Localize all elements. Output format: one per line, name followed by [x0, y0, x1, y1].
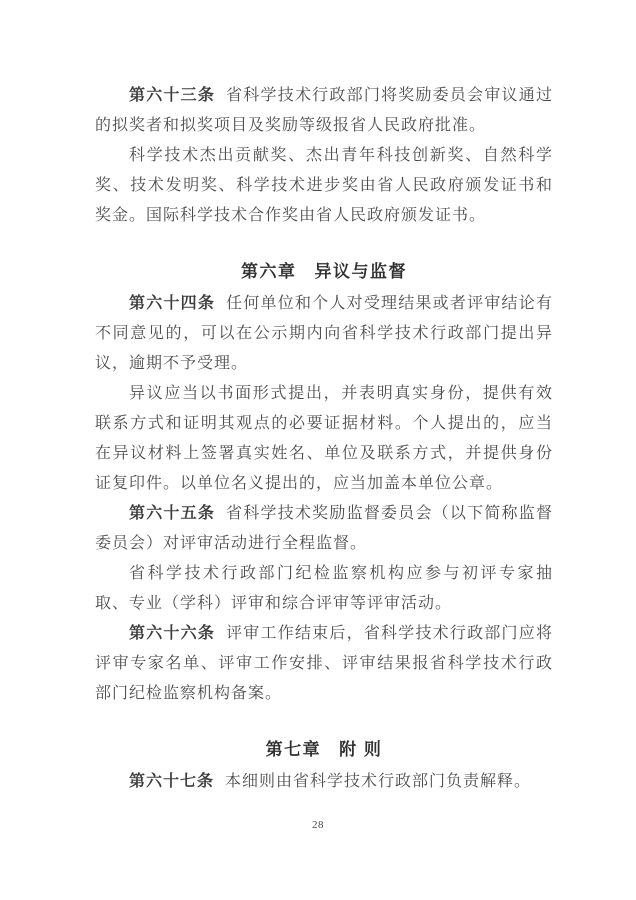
paragraph-article-64: 第六十四条任何单位和个人对受理结果或者评审结论有不同意见的，可以在公示期内向省科…	[95, 289, 553, 379]
article-number: 第六十六条	[129, 625, 215, 642]
chapter-number: 第七章	[266, 740, 322, 759]
article-number: 第六十七条	[129, 773, 214, 790]
paragraph-article-65: 第六十五条省科学技术奖励监督委员会（以下简称监督委员会）对评审活动进行全程监督。	[95, 499, 553, 559]
paragraph-article-63: 第六十三条省科学技术行政部门将奖励委员会审议通过的拟奖者和拟奖项目及奖励等级报省…	[95, 81, 553, 141]
chapter-title: 附 则	[339, 740, 382, 759]
page-number: 28	[0, 818, 636, 832]
paragraph-text: 科学技术杰出贡献奖、杰出青年科技创新奖、自然科学奖、技术发明奖、科学技术进步奖由…	[95, 147, 553, 224]
paragraph-article-66: 第六十六条评审工作结束后，省科学技术行政部门应将评审专家名单、评审工作安排、评审…	[95, 619, 553, 709]
article-number: 第六十五条	[129, 505, 215, 522]
paragraph-article-67: 第六十七条本细则由省科学技术行政部门负责解释。	[95, 767, 553, 797]
chapter-number: 第六章	[241, 262, 297, 281]
article-number: 第六十三条	[129, 87, 215, 104]
paragraph: 异议应当以书面形式提出，并表明真实身份，提供有效联系方式和证明其观点的必要证据材…	[95, 379, 553, 499]
paragraph-text: 省科学技术行政部门纪检监察机构应参与初评专家抽取、专业（学科）评审和综合评审等评…	[95, 565, 553, 612]
paragraph: 省科学技术行政部门纪检监察机构应参与初评专家抽取、专业（学科）评审和综合评审等评…	[95, 559, 553, 619]
article-number: 第六十四条	[129, 295, 215, 312]
paragraph-text: 本细则由省科学技术行政部门负责解释。	[225, 773, 531, 790]
chapter-title: 异议与监督	[315, 262, 408, 281]
paragraph-text: 异议应当以书面形式提出，并表明真实身份，提供有效联系方式和证明其观点的必要证据材…	[95, 385, 553, 492]
chapter-heading-6: 第六章异议与监督	[95, 257, 553, 287]
document-content: 第六十三条省科学技术行政部门将奖励委员会审议通过的拟奖者和拟奖项目及奖励等级报省…	[95, 81, 553, 797]
chapter-heading-7: 第七章附 则	[95, 735, 553, 765]
paragraph: 科学技术杰出贡献奖、杰出青年科技创新奖、自然科学奖、技术发明奖、科学技术进步奖由…	[95, 141, 553, 231]
document-page: 第六十三条省科学技术行政部门将奖励委员会审议通过的拟奖者和拟奖项目及奖励等级报省…	[0, 0, 636, 900]
